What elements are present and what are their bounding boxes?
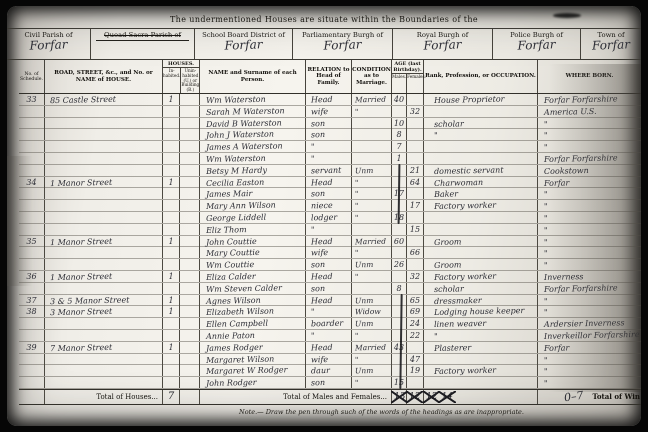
cell-schedule (19, 153, 45, 164)
cell-uninhabited (180, 188, 200, 199)
cell-occupation: " (424, 330, 538, 341)
totals-males-value: 13 (393, 392, 406, 402)
cell-schedule: 38 (19, 306, 45, 317)
cell-schedule: 33 (19, 94, 45, 105)
cell-road (45, 153, 163, 164)
cell-inhabited (163, 188, 180, 199)
cell-relation: son (306, 259, 352, 270)
cell-born: " (538, 200, 641, 211)
cell-uninhabited (180, 129, 200, 140)
cell-road (45, 330, 163, 341)
col-condition: CONDITION as to Marriage. (352, 60, 392, 93)
cell-inhabited (163, 165, 180, 176)
school-board-cell: School Board District of Forfar (195, 29, 293, 59)
cell-relation: " (306, 306, 352, 317)
cell-name: James Mair (200, 188, 306, 199)
totals-corrected-cell: 12 14 (424, 390, 538, 404)
cell-occupation: dressmaker (424, 295, 538, 306)
cell-relation: wife (306, 106, 352, 117)
table-row: James Mairson"17Baker" (19, 188, 641, 200)
table-row: 397 Manor Street1James RodgerHeadMarried… (19, 342, 641, 354)
town-cell: Town of Forfar (581, 29, 641, 59)
cell-condition: " (352, 212, 392, 223)
cell-age-male: 26 (392, 259, 407, 270)
totals-males-females-label: Total of Males and Females... (200, 393, 391, 401)
page-title: The undermentioned Houses are situate wi… (7, 15, 641, 24)
cell-uninhabited (180, 365, 200, 376)
cell-uninhabited (180, 377, 200, 388)
totals-males-cell: 13 (392, 390, 407, 404)
cell-born: America U.S. (538, 106, 641, 117)
royal-burgh-cell: Royal Burgh of Forfar (393, 29, 493, 59)
totals-windows-cell: 0–7 Total of Win (538, 390, 641, 404)
cell-name: Sarah M Waterston (200, 106, 306, 117)
cell-name: Margaret W Rodger (200, 365, 306, 376)
cell-age-male: 15 (392, 377, 407, 388)
cell-name: John Couttie (200, 236, 306, 247)
cell-schedule (19, 354, 45, 365)
cell-condition: Unm (352, 365, 392, 376)
cell-name: George Liddell (200, 212, 306, 223)
cell-born: Forfar (538, 342, 641, 353)
cell-age-male (392, 271, 407, 282)
cell-condition: Married (352, 94, 392, 105)
cell-inhabited (163, 224, 180, 235)
cell-age-female: 32 (407, 271, 424, 282)
cell-name: James A Waterston (200, 141, 306, 152)
table-row: Eliz Thom"15" (19, 224, 641, 236)
cell-uninhabited (180, 94, 200, 105)
cell-born: " (538, 306, 641, 317)
cell-condition: " (352, 177, 392, 188)
totals-uninhabited-cell (180, 390, 200, 404)
cell-uninhabited (180, 212, 200, 223)
cell-born: " (538, 247, 641, 258)
cell-age-female: 22 (407, 330, 424, 341)
cell-name: Betsy M Hardy (200, 165, 306, 176)
cell-uninhabited (180, 200, 200, 211)
cell-occupation: Charwoman (424, 177, 538, 188)
cell-age-male: 10 (392, 118, 407, 129)
cell-occupation (424, 247, 538, 258)
cell-road (45, 377, 163, 388)
table-row: Wm Waterston"1Forfar Forfarshire (19, 153, 641, 165)
cell-road (45, 354, 163, 365)
ink-blot (553, 13, 581, 18)
totals-females-value: 12 (408, 392, 421, 402)
cell-name: Margaret Wilson (200, 354, 306, 365)
col-born-label: WHERE BORN. (566, 73, 614, 79)
cell-born: Forfar Forfarshire (538, 94, 641, 105)
cell-age-male (392, 106, 407, 117)
police-burgh-value: Forfar (493, 37, 580, 53)
cell-age-female (407, 188, 424, 199)
cell-road (45, 106, 163, 117)
cell-road (45, 129, 163, 140)
cell-age-female (407, 283, 424, 294)
cell-name: Wm Waterston (200, 153, 306, 164)
cell-condition: Widow (352, 306, 392, 317)
cell-age-female (407, 118, 424, 129)
cell-condition (352, 118, 392, 129)
cell-age-male (392, 306, 407, 317)
cell-condition: " (352, 200, 392, 211)
cell-condition: " (352, 271, 392, 282)
cell-schedule (19, 330, 45, 341)
cell-age-male: 17 (392, 188, 407, 199)
cell-age-female (407, 236, 424, 247)
cell-age-male: 18 (392, 212, 407, 223)
table-row: Wm Steven Calderson8scholarForfar Forfar… (19, 283, 641, 295)
cell-inhabited (163, 377, 180, 388)
cell-road (45, 365, 163, 376)
cell-inhabited (163, 200, 180, 211)
cell-age-male (392, 224, 407, 235)
cell-occupation: scholar (424, 118, 538, 129)
cell-relation: boarder (306, 318, 352, 329)
cell-born: " (538, 188, 641, 199)
totals-houses-label: Total of Houses... (45, 393, 162, 401)
cell-occupation: Groom (424, 236, 538, 247)
cell-age-male: 8 (392, 283, 407, 294)
cell-born: " (538, 224, 641, 235)
cell-age-female (407, 212, 424, 223)
cell-condition: Unm (352, 165, 392, 176)
cell-inhabited (163, 106, 180, 117)
cell-born: Forfar (538, 177, 641, 188)
cell-uninhabited (180, 330, 200, 341)
cell-schedule (19, 118, 45, 129)
cell-schedule: 39 (19, 342, 45, 353)
cell-age-male (392, 165, 407, 176)
col-name: NAME and Surname of each Person. (200, 60, 306, 93)
cell-age-male (392, 318, 407, 329)
cell-born: Cookstown (538, 165, 641, 176)
cell-occupation: " (424, 129, 538, 140)
cell-age-female (407, 129, 424, 140)
cell-age-female (407, 153, 424, 164)
cell-relation: daur (306, 365, 352, 376)
footer-note: Note.— Draw the pen through such of the … (7, 408, 641, 416)
cell-name: Cecilia Easton (200, 177, 306, 188)
totals-windows-label: Total of Win (592, 392, 641, 401)
cell-occupation: linen weaver (424, 318, 538, 329)
cell-relation: " (306, 141, 352, 152)
cell-occupation: Factory worker (424, 200, 538, 211)
table-row: Mary Couttiewife"66" (19, 247, 641, 259)
cell-relation: son (306, 129, 352, 140)
cell-uninhabited (180, 306, 200, 317)
col-born: WHERE BORN. (538, 60, 641, 93)
table-row: 373 & 5 Manor Street1Agnes WilsonHeadUnm… (19, 295, 641, 307)
cell-relation: son (306, 188, 352, 199)
cell-occupation (424, 141, 538, 152)
cell-born: " (538, 354, 641, 365)
cell-road (45, 200, 163, 211)
cell-schedule (19, 165, 45, 176)
totals-houses-value-cell: 7 (163, 390, 180, 404)
cell-uninhabited (180, 177, 200, 188)
cell-age-female (407, 141, 424, 152)
totals-males-females-label-cell: Total of Males and Females... (200, 390, 392, 404)
police-burgh-cell: Police Burgh of Forfar (493, 29, 581, 59)
cell-born: " (538, 365, 641, 376)
cell-road (45, 165, 163, 176)
cell-name: Wm Steven Calder (200, 283, 306, 294)
cell-condition: Unm (352, 295, 392, 306)
town-value: Forfar (581, 38, 641, 53)
table-row: Betsy M HardyservantUnm21domestic servan… (19, 165, 641, 177)
cell-born: " (538, 259, 641, 270)
cell-relation: Head (306, 271, 352, 282)
cell-condition: Unm (352, 259, 392, 270)
table-body: 3385 Castle Street1Wm WaterstonHeadMarri… (19, 94, 641, 389)
cell-occupation: House Proprietor (424, 94, 538, 105)
cell-uninhabited (180, 259, 200, 270)
civil-parish-value: Forfar (7, 38, 90, 54)
cell-schedule (19, 212, 45, 223)
totals-houses-value: 7 (168, 391, 174, 402)
cell-condition (352, 224, 392, 235)
cell-condition (352, 153, 392, 164)
cell-condition: " (352, 188, 392, 199)
cell-inhabited (163, 283, 180, 294)
col-name-label: NAME and Surname of each Person. (201, 70, 304, 83)
cell-schedule (19, 129, 45, 140)
cell-born: " (538, 141, 641, 152)
cell-road (45, 141, 163, 152)
cell-uninhabited (180, 318, 200, 329)
cell-age-female (407, 342, 424, 353)
cell-age-female: 17 (407, 200, 424, 211)
cell-name: Annie Paton (200, 330, 306, 341)
cell-age-female: 65 (407, 295, 424, 306)
cell-occupation: Factory worker (424, 365, 538, 376)
cell-schedule (19, 259, 45, 270)
quoad-sacra-cell: Quoad Sacra Parish of (91, 29, 195, 59)
cell-age-male (392, 365, 407, 376)
cell-condition (352, 141, 392, 152)
cell-age-male (392, 200, 407, 211)
col-age-label: AGE (last Birthday). (392, 60, 423, 74)
cell-relation: Head (306, 342, 352, 353)
cell-schedule (19, 200, 45, 211)
cell-road: 1 Manor Street (45, 177, 163, 188)
cell-age-male (392, 330, 407, 341)
cell-born: " (538, 212, 641, 223)
royal-burgh-value: Forfar (393, 37, 492, 53)
col-age-group: AGE (last Birthday). Males. Females. (392, 60, 424, 93)
totals-scrawl: 0–7 (563, 389, 584, 405)
cell-age-male (392, 295, 407, 306)
col-road: ROAD, STREET, &c., and No. or NAME of HO… (45, 60, 163, 93)
cell-inhabited (163, 129, 180, 140)
cell-occupation: Groom (424, 259, 538, 270)
table-row: James A Waterston"7" (19, 141, 641, 153)
cell-road (45, 224, 163, 235)
cell-inhabited (163, 259, 180, 270)
cell-schedule: 36 (19, 271, 45, 282)
cell-born: " (538, 236, 641, 247)
cell-age-female: 47 (407, 354, 424, 365)
cell-age-male: 40 (392, 94, 407, 105)
totals-corrected-females: 14 (440, 392, 453, 402)
table-row: 351 Manor Street1John CouttieHeadMarried… (19, 236, 641, 248)
cell-uninhabited (180, 247, 200, 258)
cell-condition: " (352, 377, 392, 388)
cell-age-female: 15 (407, 224, 424, 235)
cell-born: " (538, 118, 641, 129)
col-road-label: ROAD, STREET, &c., and No. or NAME of HO… (46, 70, 161, 83)
cell-schedule: 37 (19, 295, 45, 306)
col-relation-label: RELATION to Head of Family. (307, 67, 350, 86)
cell-inhabited (163, 365, 180, 376)
cell-relation: wife (306, 354, 352, 365)
cell-relation: Head (306, 295, 352, 306)
parliamentary-burgh-cell: Parliamentary Burgh of Forfar (293, 29, 393, 59)
cell-uninhabited (180, 236, 200, 247)
cell-inhabited: 1 (163, 342, 180, 353)
cell-inhabited (163, 247, 180, 258)
col-schedule-label: No. of Schedule. (20, 72, 43, 82)
cell-uninhabited (180, 165, 200, 176)
cell-uninhabited (180, 118, 200, 129)
cell-road (45, 188, 163, 199)
table-row: Ellen CampbellboarderUnm24linen weaverAr… (19, 318, 641, 330)
cell-road (45, 118, 163, 129)
cell-occupation: Lodging house keeper (424, 306, 538, 317)
cell-age-male (392, 247, 407, 258)
cell-uninhabited (180, 106, 200, 117)
cell-schedule (19, 365, 45, 376)
cell-born: Inverkeillor Forfarshire (538, 330, 641, 341)
census-table: No. of Schedule. ROAD, STREET, &c., and … (19, 60, 641, 405)
cell-age-female (407, 259, 424, 270)
parliamentary-burgh-value: Forfar (293, 37, 392, 53)
col-relation: RELATION to Head of Family. (306, 60, 352, 93)
cell-name: Mary Ann Wilson (200, 200, 306, 211)
cell-age-male (392, 177, 407, 188)
col-uninhabited-label: Unin-habited (U.) or Building (B.) (181, 68, 199, 93)
col-inhabited-label: In-habited. (163, 68, 181, 93)
cell-occupation: scholar (424, 283, 538, 294)
cell-age-female (407, 377, 424, 388)
cell-uninhabited (180, 141, 200, 152)
totals-houses-label-cell: Total of Houses... (45, 390, 163, 404)
cell-born: " (538, 377, 641, 388)
cell-occupation: Baker (424, 188, 538, 199)
cell-age-female: 66 (407, 247, 424, 258)
cell-condition (352, 283, 392, 294)
cell-relation: " (306, 330, 352, 341)
col-houses-label: HOUSES. (163, 60, 199, 68)
cell-born: Ardersier Inverness (538, 318, 641, 329)
cell-inhabited (163, 354, 180, 365)
cell-born: Forfar Forfarshire (538, 283, 641, 294)
cell-relation: " (306, 224, 352, 235)
table-row: Margaret Wilsonwife"47" (19, 354, 641, 366)
cell-relation: servant (306, 165, 352, 176)
cell-age-female: 24 (407, 318, 424, 329)
cell-name: Eliz Thom (200, 224, 306, 235)
cell-road (45, 212, 163, 223)
cell-relation: son (306, 283, 352, 294)
cell-road (45, 283, 163, 294)
cell-schedule (19, 247, 45, 258)
cell-schedule (19, 106, 45, 117)
cell-condition (352, 129, 392, 140)
cell-name: Agnes Wilson (200, 295, 306, 306)
col-occupation: Rank, Profession, or OCCUPATION. (424, 60, 538, 93)
cell-schedule: 34 (19, 177, 45, 188)
cell-condition: " (352, 330, 392, 341)
table-row: 383 Manor Street1Elizabeth Wilson"Widow6… (19, 306, 641, 318)
cell-occupation (424, 106, 538, 117)
table-row: 3385 Castle Street1Wm WaterstonHeadMarri… (19, 94, 641, 106)
cell-age-male: 8 (392, 129, 407, 140)
cell-name: Wm Waterston (200, 94, 306, 105)
col-occupation-label: Rank, Profession, or OCCUPATION. (425, 73, 536, 79)
table-row: George Liddelllodger"18" (19, 212, 641, 224)
cell-road: 3 & 5 Manor Street (45, 295, 163, 306)
cell-schedule: 35 (19, 236, 45, 247)
cell-relation: Head (306, 177, 352, 188)
cell-occupation (424, 354, 538, 365)
cell-road (45, 318, 163, 329)
census-page: The undermentioned Houses are situate wi… (7, 6, 641, 426)
cell-schedule (19, 141, 45, 152)
cell-name: Ellen Campbell (200, 318, 306, 329)
cell-name: Wm Couttie (200, 259, 306, 270)
cell-road: 7 Manor Street (45, 342, 163, 353)
cell-occupation: Plasterer (424, 342, 538, 353)
table-row: David B Waterstonson10scholar" (19, 118, 641, 130)
cell-relation: son (306, 377, 352, 388)
cell-uninhabited (180, 153, 200, 164)
cell-age-male: 7 (392, 141, 407, 152)
cell-name: James Rodger (200, 342, 306, 353)
cell-born: Inverness (538, 271, 641, 282)
cell-road: 3 Manor Street (45, 306, 163, 317)
cell-age-female: 21 (407, 165, 424, 176)
table-row: 361 Manor Street1Eliza CalderHead"32Fact… (19, 271, 641, 283)
cell-condition: Unm (352, 318, 392, 329)
cell-inhabited: 1 (163, 295, 180, 306)
cell-relation: Head (306, 236, 352, 247)
cell-road: 85 Castle Street (45, 94, 163, 105)
totals-females-cell: 12 (407, 390, 424, 404)
cell-occupation: domestic servant (424, 165, 538, 176)
cell-age-female: 32 (407, 106, 424, 117)
cell-age-female: 19 (407, 365, 424, 376)
cell-inhabited (163, 153, 180, 164)
civil-parish-cell: Civil Parish of Forfar (7, 29, 91, 59)
cell-inhabited (163, 318, 180, 329)
col-age-males-label: Males. (392, 74, 407, 93)
cell-born: " (538, 129, 641, 140)
cell-inhabited: 1 (163, 306, 180, 317)
cell-name: Eliza Calder (200, 271, 306, 282)
cell-age-female: 64 (407, 177, 424, 188)
cell-age-male: 1 (392, 153, 407, 164)
cell-relation: wife (306, 247, 352, 258)
cell-relation: " (306, 153, 352, 164)
cell-name: John Rodger (200, 377, 306, 388)
cell-occupation: Factory worker (424, 271, 538, 282)
cell-road: 1 Manor Street (45, 236, 163, 247)
table-row: 341 Manor Street1Cecilia EastonHead"64Ch… (19, 177, 641, 189)
cell-inhabited (163, 118, 180, 129)
